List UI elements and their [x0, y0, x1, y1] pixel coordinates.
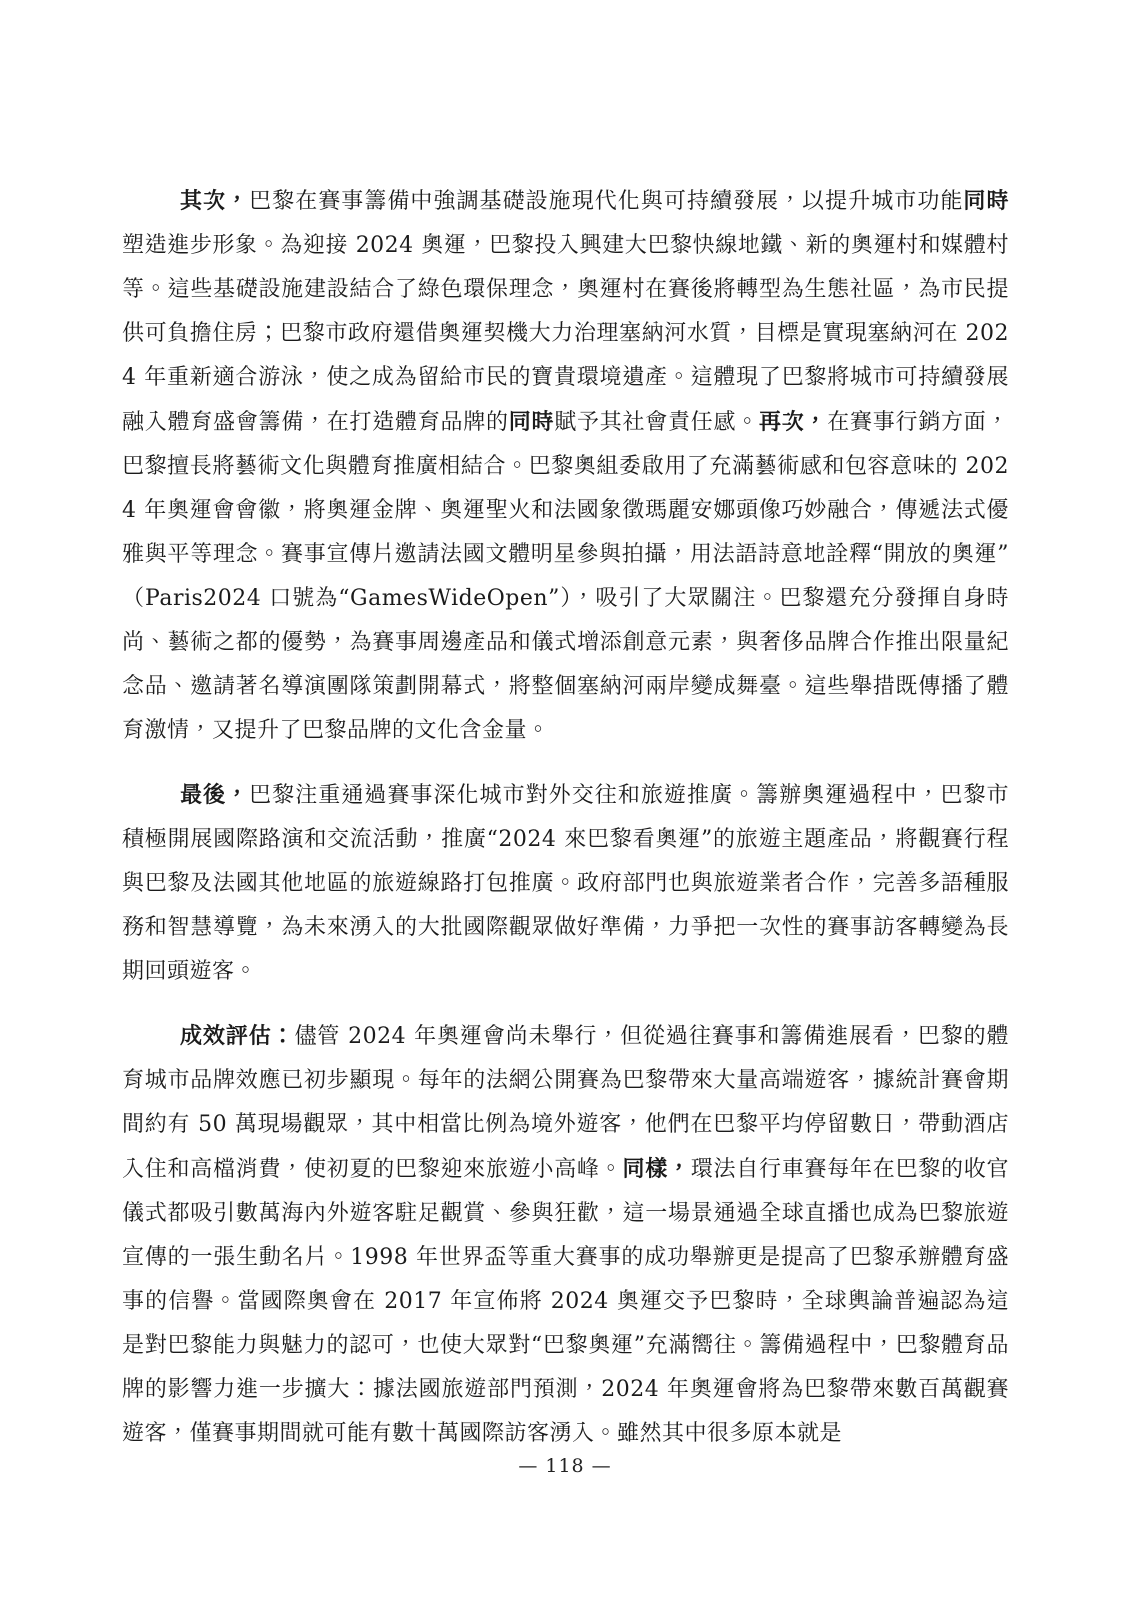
- paragraph-3: 成效評估：儘管 2024 年奧運會尚未舉行，但從過往賽事和籌備進展看，巴黎的體育…: [122, 1014, 1009, 1456]
- emphasis-text-run: 其次，: [180, 188, 249, 214]
- emphasis-text-run: 同時: [509, 409, 555, 435]
- page-number: — 118 —: [518, 1455, 611, 1477]
- text-run: 塑造進步形象。為迎接 2024 奧運，巴黎投入興建大巴黎快線地鐵、新的奧運村和媒…: [122, 233, 1009, 435]
- paragraph-1: 其次，巴黎在賽事籌備中強調基礎設施現代化與可持續發展，以提升城市功能同時塑造進步…: [122, 179, 1009, 753]
- emphasis-text-run: 同樣，: [622, 1156, 690, 1182]
- emphasis-text-run: 同時: [963, 188, 1009, 214]
- emphasis-text-run: 最後，: [180, 782, 249, 808]
- document-page: 其次，巴黎在賽事籌備中強調基礎設施現代化與可持續發展，以提升城市功能同時塑造進步…: [0, 0, 1130, 1600]
- paragraph-2: 最後，巴黎注重通過賽事深化城市對外交往和旅遊推廣。籌辦奧運過程中，巴黎市積極開展…: [122, 773, 1009, 994]
- emphasis-text-run: 再次，: [759, 409, 827, 435]
- emphasis-text-run: 成效評估：: [180, 1023, 295, 1049]
- text-run: 在賽事行銷方面，巴黎擅長將藝術文化與體育推廣相結合。巴黎奧組委啟用了充滿藝術感和…: [122, 410, 1009, 743]
- text-run: 巴黎注重通過賽事深化城市對外交往和旅遊推廣。籌辦奧運過程中，巴黎市積極開展國際路…: [122, 783, 1009, 984]
- text-run: 賦予其社會責任感。: [554, 410, 759, 435]
- text-run: 巴黎在賽事籌備中強調基礎設施現代化與可持續發展，以提升城市功能: [249, 189, 963, 214]
- page-body: 其次，巴黎在賽事籌備中強調基礎設施現代化與可持續發展，以提升城市功能同時塑造進步…: [122, 179, 1009, 1456]
- page-footer: — 118 —: [0, 1455, 1130, 1477]
- text-run: 環法自行車賽每年在巴黎的收官儀式都吸引數萬海內外遊客駐足觀賞、參與狂歡，這一場景…: [122, 1157, 1009, 1446]
